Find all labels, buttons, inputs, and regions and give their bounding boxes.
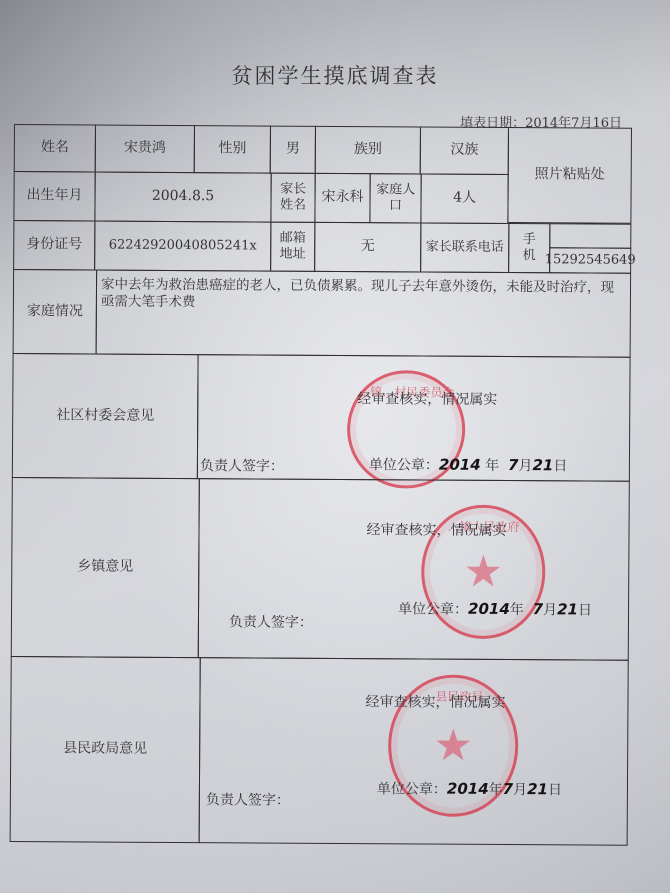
handwritten-month: 7 (503, 780, 514, 798)
name-value: 宋贵鸿 (95, 124, 195, 173)
photo-placeholder: 照片粘贴处 (507, 127, 632, 224)
county-opinion: 经审查核实，情况属实 (365, 691, 505, 712)
parent-name-value: 宋永科 (314, 173, 370, 223)
township-opinion: 经审查核实，情况属实 (366, 519, 506, 540)
star-icon: ★ (433, 720, 473, 771)
family-situation-label: 家庭情况 (13, 269, 98, 355)
gender-label: 性别 (194, 125, 271, 173)
survey-form-table: 姓名 宋贵鸿 性别 男 族别 汉族 照片粘贴处 出生年月 2004.8.5 家长… (9, 124, 632, 868)
ethnicity-value: 汉族 (420, 126, 509, 175)
id-value: 62242920040805241x (94, 220, 271, 271)
postal-address-label: 邮箱地址 (270, 222, 315, 272)
handwritten-day: 21 (557, 600, 578, 618)
mobile-blank-cell (549, 223, 631, 249)
birth-label: 出生年月 (13, 171, 95, 221)
approval-county-label: 县民政局意见 (10, 656, 201, 843)
village-seal-date: 单位公章：2014 年 7月21日 (369, 454, 568, 475)
postal-address-value: 无 (314, 222, 421, 273)
id-label: 身份证号 (13, 220, 95, 270)
approval-township-box (198, 478, 630, 661)
mobile-value: 15292545649 (549, 247, 631, 274)
township-signature-label: 负责人签字： (229, 611, 313, 632)
township-seal-date: 单位公章：2014年 7月21日 (398, 598, 592, 619)
handwritten-year: 2014 (468, 600, 510, 618)
name-label: 姓名 (14, 124, 96, 173)
county-signature-label: 负责人签字： (206, 789, 290, 810)
handwritten-day: 21 (532, 456, 553, 474)
parent-phone-label: 家长联系电话 (420, 222, 509, 273)
village-signature-label: 负责人签字： (200, 455, 284, 476)
approval-township-label: 乡镇意见 (11, 477, 200, 658)
gender-value: 男 (270, 126, 316, 174)
handwritten-year: 2014 (439, 456, 481, 474)
family-situation-value: 家中去年为救治患癌症的老人，已负债累累。现儿子去年意外烫伤，未能及时治疗，现亟需… (96, 270, 632, 358)
handwritten-year: 2014 (447, 780, 489, 798)
ethnicity-label: 族别 (315, 126, 421, 175)
handwritten-month: 7 (508, 456, 519, 474)
county-seal-date: 单位公章：2014年7月21日 (377, 778, 562, 799)
approval-village-label: 社区村委会意见 (12, 353, 199, 479)
birth-value: 2004.8.5 (94, 171, 271, 222)
household-size-value: 4人 (420, 173, 508, 224)
document-title: 贫困学生摸底调查表 (0, 60, 670, 90)
handwritten-day: 21 (527, 780, 548, 798)
star-icon: ★ (463, 546, 503, 597)
household-size-label: 家庭人口 (369, 173, 421, 223)
village-opinion: 经审查核实，情况属实 (357, 388, 497, 409)
parent-name-label: 家长姓名 (270, 173, 315, 223)
handwritten-month: 7 (533, 600, 544, 618)
seal-label: 单位公章： (369, 457, 439, 473)
